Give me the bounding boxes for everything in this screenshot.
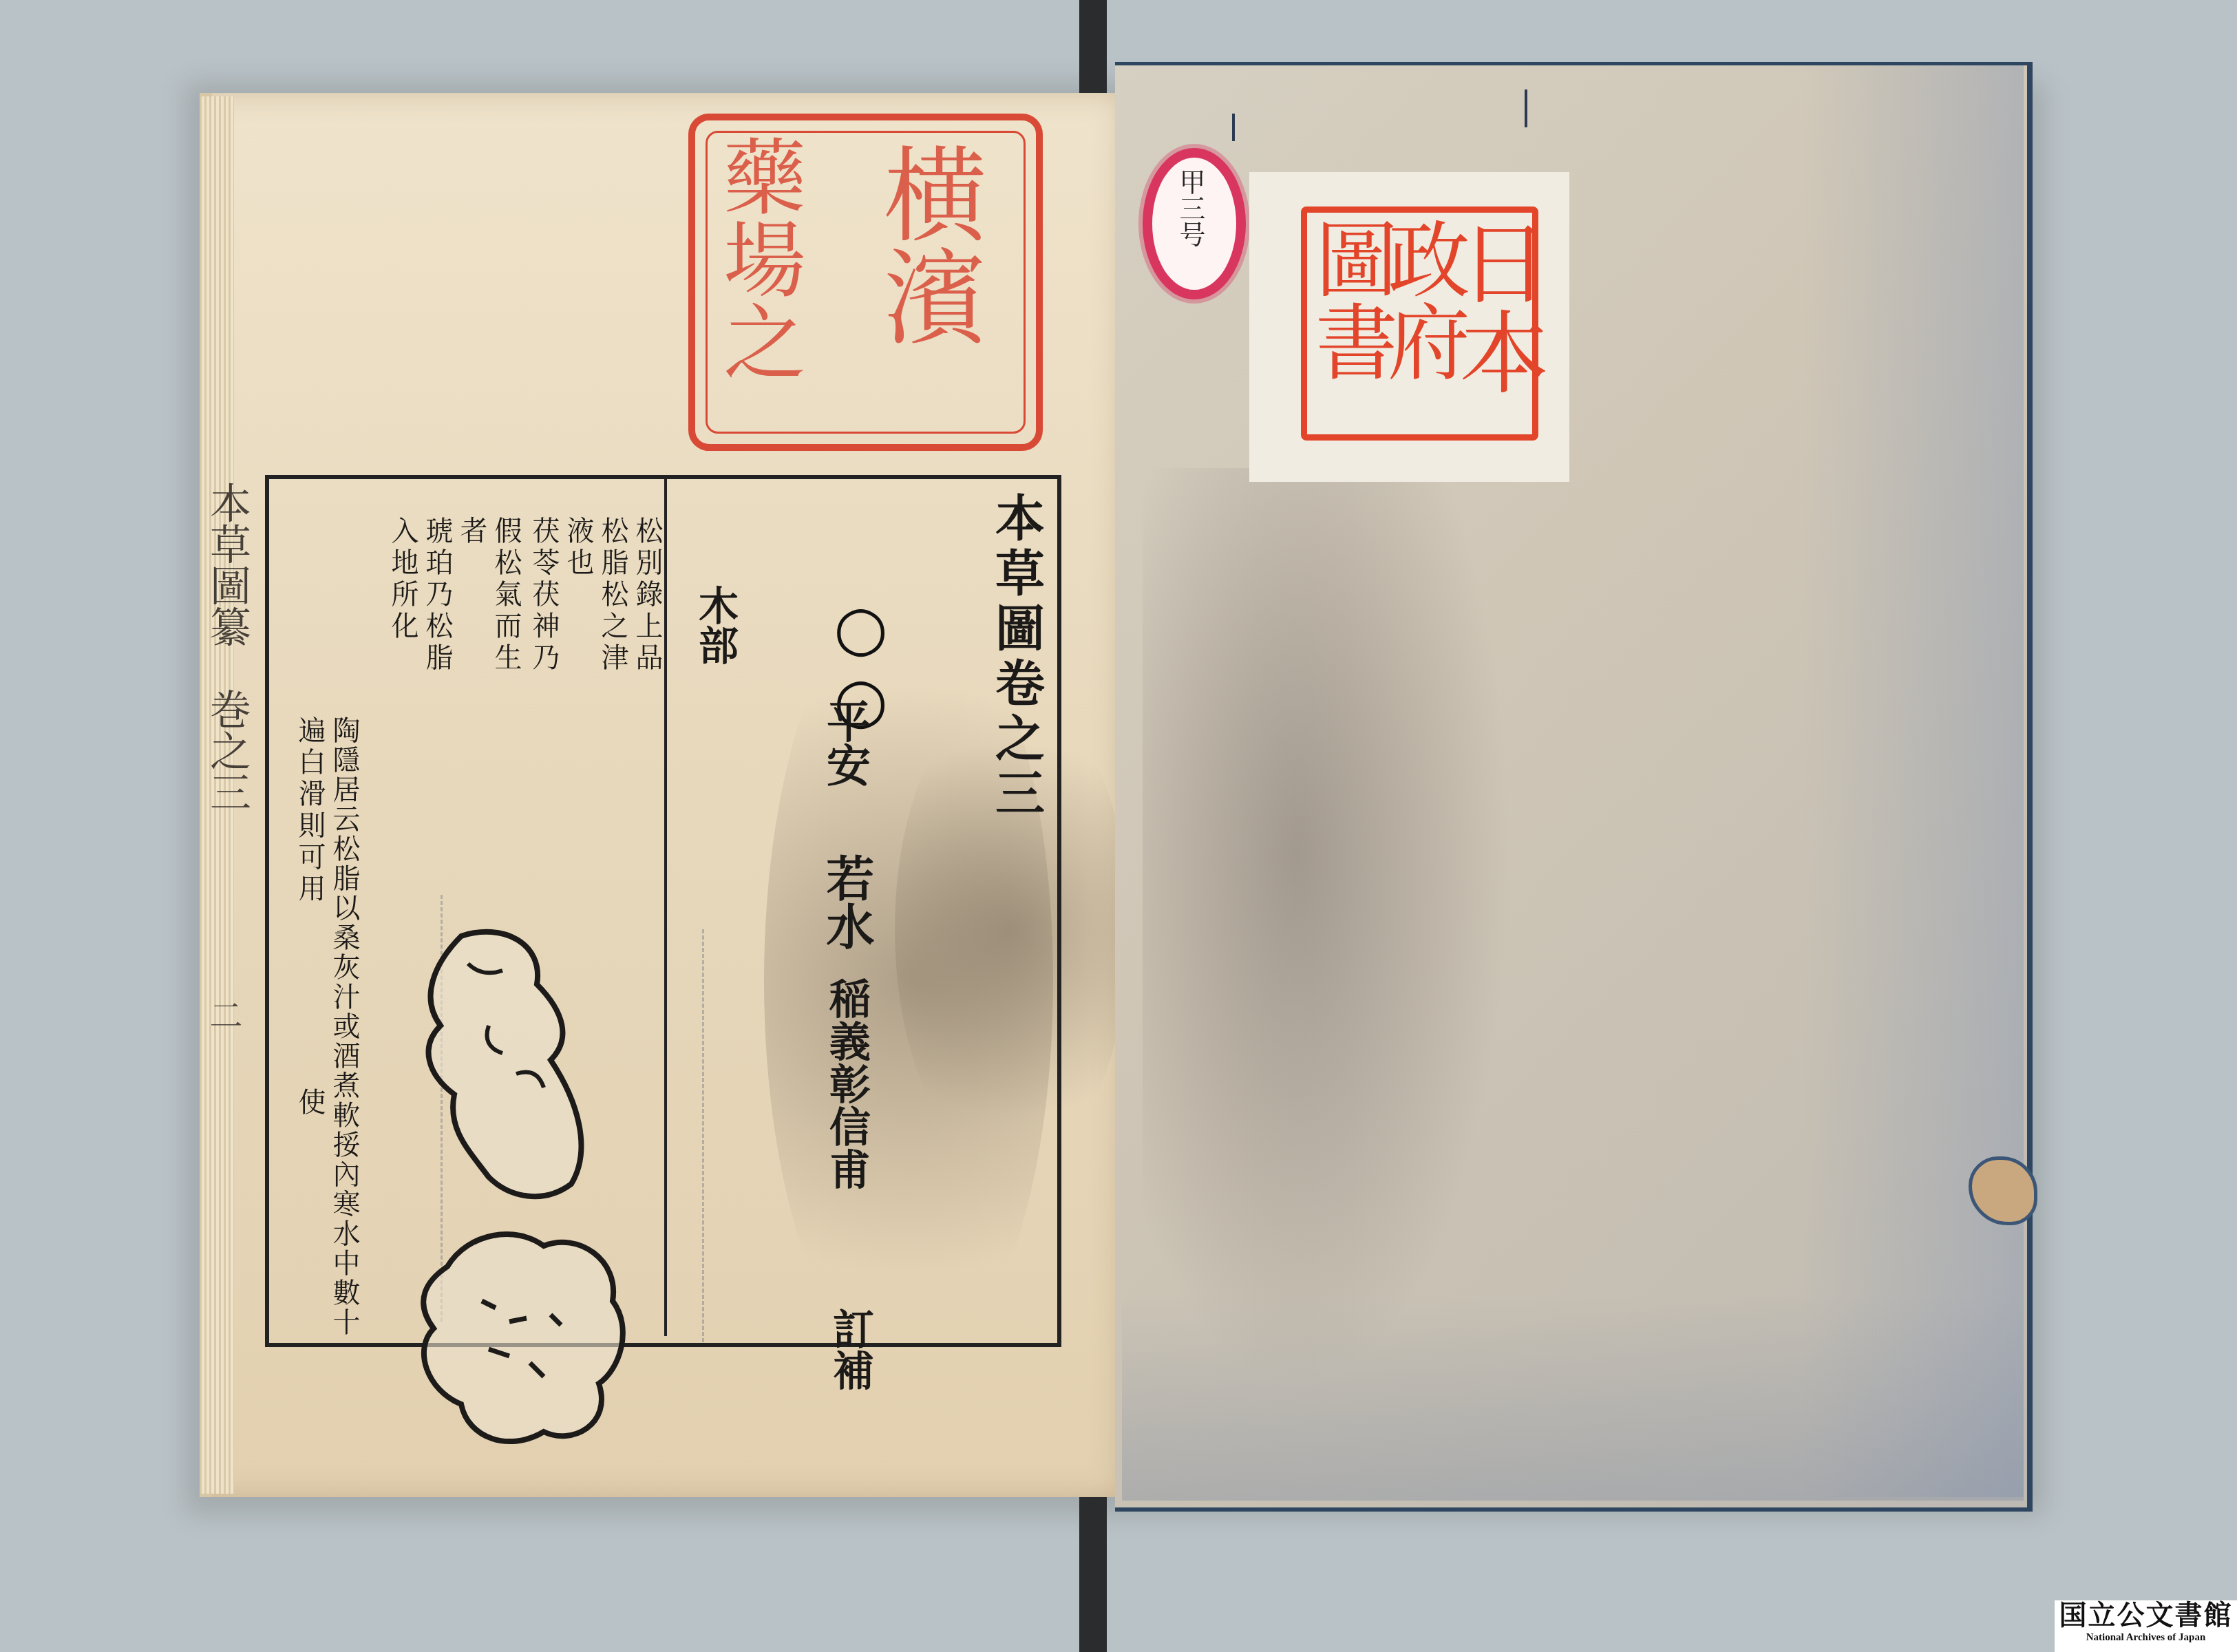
author-name: 稲義彰信甫 [826, 977, 867, 1191]
watermark-japanese: 国立公文書館 [2055, 1600, 2237, 1631]
body-column-4: 茯苓茯神乃 [530, 516, 558, 675]
body-column-8: 入地所化 [389, 516, 416, 643]
seal-text-left-col: 藥場之 [716, 134, 798, 382]
body-column-10: 遍白滑則可用 [296, 716, 324, 906]
fore-edge-number: 二 [206, 998, 240, 1031]
body-column-1: 松別錄上品 [633, 516, 661, 675]
pine-resin-illustration-lower [406, 1225, 640, 1452]
text-frame-border [265, 475, 1061, 1347]
body-column-6: 者 [458, 516, 485, 548]
section-heading: 木部 [695, 585, 735, 665]
fore-edge-volume: 巻之三 [206, 688, 248, 812]
body-column-11: 使 [296, 1088, 324, 1119]
ink-bleed-stain [1143, 468, 1528, 1432]
volume-title: 本草圖卷之三 [991, 492, 1041, 823]
watermark-english: National Archives of Japan [2055, 1631, 2237, 1644]
author-role: 訂補 [829, 1308, 871, 1390]
pine-resin-illustration-upper [406, 922, 599, 1211]
body-column-3: 液也 [564, 516, 592, 580]
national-archives-watermark: 国立公文書館 National Archives of Japan [2055, 1600, 2237, 1652]
seal-text-right-col: 横濱 [874, 141, 977, 348]
seal-text-col-3: 圖書 [1308, 217, 1390, 382]
author-place: 平安 [823, 699, 867, 787]
cover-turn-in-right [1803, 65, 2024, 1497]
binding-stitch-mark [1525, 89, 1527, 127]
column-divider-line [664, 479, 667, 1336]
body-column-7: 琥珀乃松脂 [423, 516, 451, 675]
body-column-5: 假松氣而生 [492, 516, 520, 675]
binding-stitch-mark [1232, 114, 1235, 141]
catalog-number: 甲三号 [1177, 169, 1203, 247]
body-column-2: 松脂松之津 [599, 516, 626, 675]
cover-turn-in-bottom [1122, 1294, 2024, 1501]
body-column-9: 陶隱居云松脂以桑灰汁或酒煮軟挼內寒水中數十 [330, 716, 358, 1337]
author-school: 若水 [823, 854, 871, 950]
fore-edge-title: 本草圖纂 [206, 482, 248, 647]
